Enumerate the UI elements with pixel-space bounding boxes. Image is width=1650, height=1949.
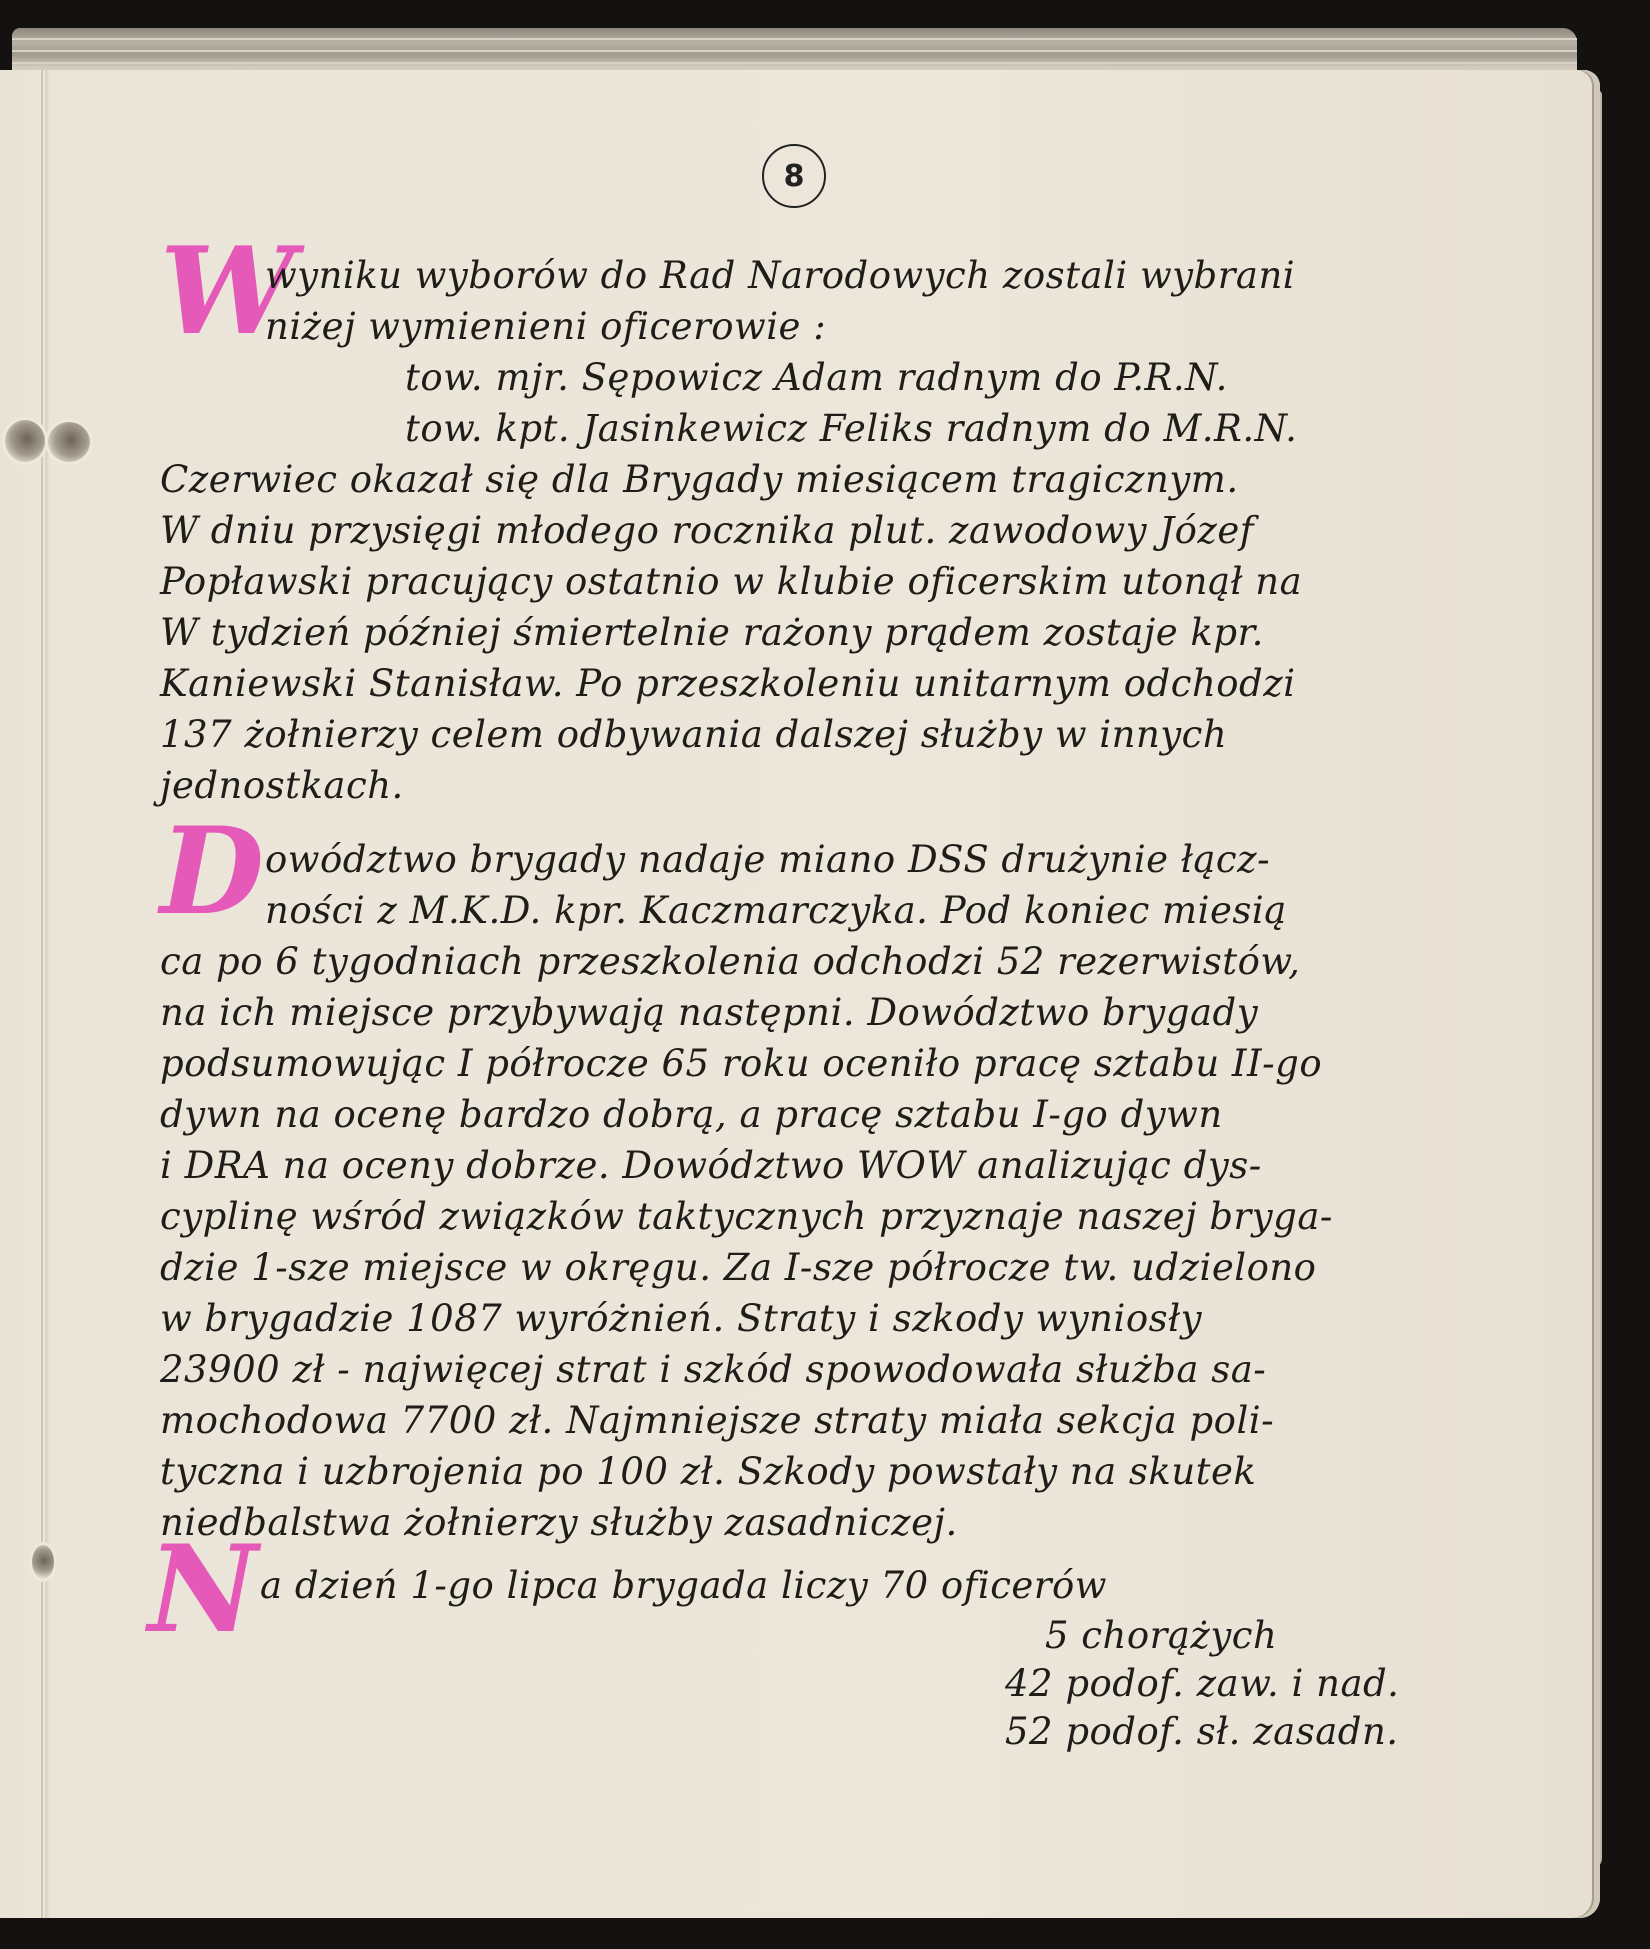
paragraph-3-intro: a dzień 1-go lipca brygada liczy 70 ofic… bbox=[260, 1560, 1560, 1611]
binding-hole bbox=[32, 1545, 54, 1579]
stack-line bbox=[12, 50, 1577, 52]
binding-fold bbox=[41, 70, 43, 1918]
stack-line bbox=[12, 62, 1577, 64]
text-line: 137 żołnierzy celem odbywania dalszej sł… bbox=[160, 709, 1460, 760]
text-line: owództwo brygady nadaje miano DSS drużyn… bbox=[265, 834, 1565, 885]
drop-cap-d: D bbox=[160, 812, 264, 932]
text-line: W tydzień później śmiertelnie rażony prą… bbox=[160, 607, 1460, 658]
paragraph-1-intro: wyniku wyborów do Rad Narodowych zostali… bbox=[265, 250, 1565, 352]
text-line: ności z M.K.D. kpr. Kaczmarczyka. Pod ko… bbox=[265, 885, 1565, 936]
text-line: jednostkach. bbox=[160, 760, 1460, 811]
personnel-count-list: 5 chorążych 42 podof. zaw. i nad. 52 pod… bbox=[1005, 1612, 1650, 1756]
text-line: mochodowa 7700 zł. Najmniejsze straty mi… bbox=[160, 1395, 1460, 1446]
text-line: dzie 1-sze miejsce w okręgu. Za I-sze pó… bbox=[160, 1242, 1460, 1293]
binding-hole bbox=[48, 422, 90, 462]
text-line: i DRA na oceny dobrze. Dowództwo WOW ana… bbox=[160, 1140, 1460, 1191]
personnel-entry: 5 chorążych bbox=[1005, 1612, 1650, 1660]
text-line: Popławski pracujący ostatnio w klubie of… bbox=[160, 556, 1460, 607]
personnel-entry: 42 podof. zaw. i nad. bbox=[1005, 1660, 1650, 1708]
text-line: tyczna i uzbrojenia po 100 zł. Szkody po… bbox=[160, 1446, 1460, 1497]
officer-list: tow. mjr. Sępowicz Adam radnym do P.R.N.… bbox=[405, 352, 1650, 454]
page-number-text: 8 bbox=[784, 159, 805, 194]
binding-hole bbox=[5, 420, 45, 462]
page-number: 8 bbox=[762, 144, 826, 208]
text-line: Czerwiec okazał się dla Brygady miesiące… bbox=[160, 454, 1460, 505]
text-line: niedbalstwa żołnierzy służby zasadniczej… bbox=[160, 1497, 1460, 1548]
officer-entry: tow. kpt. Jasinkewicz Feliks radnym do M… bbox=[405, 403, 1650, 454]
page-stack-edge bbox=[12, 28, 1577, 76]
text-line: W dniu przysięgi młodego rocznika plut. … bbox=[160, 505, 1460, 556]
text-line: podsumowując I półrocze 65 roku oceniło … bbox=[160, 1038, 1460, 1089]
text-line: na ich miejsce przybywają następni. Dowó… bbox=[160, 987, 1460, 1038]
text-line: 23900 zł - najwięcej strat i szkód spowo… bbox=[160, 1344, 1460, 1395]
text-line: dywn na ocenę bardzo dobrą, a pracę szta… bbox=[160, 1089, 1460, 1140]
text-line: a dzień 1-go lipca brygada liczy 70 ofic… bbox=[260, 1560, 1560, 1611]
paragraph-2-intro: owództwo brygady nadaje miano DSS drużyn… bbox=[265, 834, 1565, 936]
text-line: w brygadzie 1087 wyróżnień. Straty i szk… bbox=[160, 1293, 1460, 1344]
text-line: wyniku wyborów do Rad Narodowych zostali… bbox=[265, 250, 1565, 301]
text-line: niżej wymienieni oficerowie : bbox=[265, 301, 1565, 352]
personnel-entry: 52 podof. sł. zasadn. bbox=[1005, 1708, 1650, 1756]
drop-cap-n: N bbox=[148, 1530, 258, 1650]
paragraph-1-body: Czerwiec okazał się dla Brygady miesiące… bbox=[160, 454, 1460, 811]
text-line: ca po 6 tygodniach przeszkolenia odchodz… bbox=[160, 936, 1460, 987]
paragraph-2-body: ca po 6 tygodniach przeszkolenia odchodz… bbox=[160, 936, 1460, 1548]
text-line: Kaniewski Stanisław. Po przeszkoleniu un… bbox=[160, 658, 1460, 709]
text-line: cyplinę wśród związków taktycznych przyz… bbox=[160, 1191, 1460, 1242]
officer-entry: tow. mjr. Sępowicz Adam radnym do P.R.N. bbox=[405, 352, 1650, 403]
stack-line bbox=[12, 38, 1577, 40]
